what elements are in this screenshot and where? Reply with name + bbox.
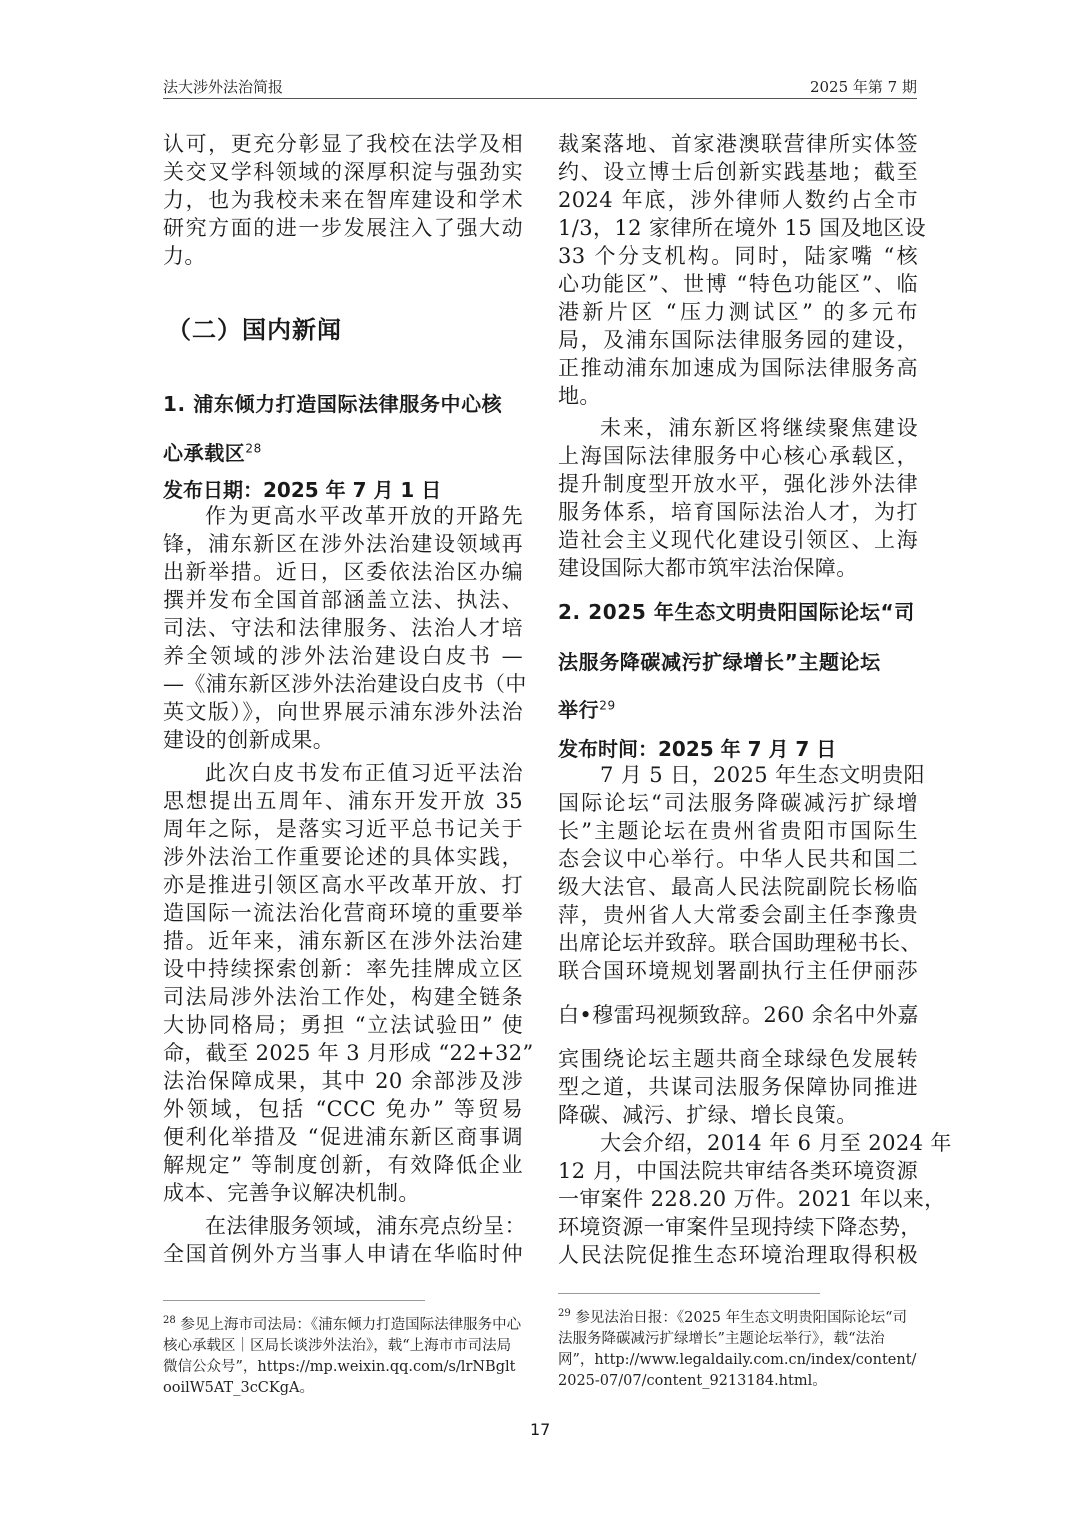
text-line: 大会介绍，2014 年 6 月至 2024 年 bbox=[558, 1129, 918, 1157]
text-line: 萍，贵州省人大常委会副主任李豫贵 bbox=[558, 901, 918, 929]
text-line: 养全领域的涉外法治建设白皮书 — bbox=[163, 642, 523, 670]
text-line: 降碳、减污、扩绿、增长良策。 bbox=[558, 1101, 918, 1129]
text-line: 局，及浦东国际法律服务园的建设， bbox=[558, 326, 918, 354]
text-line: 解规定” 等制度创新，有效降低企业 bbox=[163, 1151, 523, 1179]
article-title: 心承载区28 bbox=[163, 437, 523, 466]
text-line: 33 个分支机构。同时，陆家嘴 “核 bbox=[558, 242, 918, 270]
text-line: 周年之际，是落实习近平总书记关于 bbox=[163, 815, 523, 843]
text-line: 设中持续探索创新：率先挂牌成立区 bbox=[163, 955, 523, 983]
text-line: 亦是推进引领区高水平改革开放、打 bbox=[163, 871, 523, 899]
text-line: 造社会主义现代化建设引领区、上海 bbox=[558, 526, 918, 554]
text-line: 心功能区”、世博 “特色功能区”、临 bbox=[558, 270, 918, 298]
text-line: 地。 bbox=[558, 382, 918, 410]
text-line: 撰并发布全国首部涵盖立法、执法、 bbox=[163, 586, 523, 614]
text-line: 12 月，中国法院共审结各类环境资源 bbox=[558, 1157, 918, 1185]
text-line: 宾围绕论坛主题共商全球绿色发展转 bbox=[558, 1045, 918, 1073]
footnote: 28 参见上海市司法局：《浦东倾力打造国际法律服务中心核心承载区｜区局长谈涉外法… bbox=[163, 1310, 523, 1399]
footnote-number: 29 bbox=[558, 1308, 571, 1319]
article-title-line: 2. 2025 年生态文明贵阳国际论坛“司 bbox=[558, 600, 915, 624]
article-title-line: 法服务降碳减污扩绿增长”主题论坛 bbox=[558, 650, 881, 674]
text-line: 英文版）》，向世界展示浦东涉外法治 bbox=[163, 698, 523, 726]
text-line: 建设国际大都市筑牢法治保障。 bbox=[558, 554, 918, 582]
text-line: 便利化举措及 “促进浦东新区商事调 bbox=[163, 1123, 523, 1151]
text-line: 全国首例外方当事人申请在华临时仲 bbox=[163, 1240, 523, 1268]
text-line: 思想提出五周年、浦东开发开放 35 bbox=[163, 787, 523, 815]
text-line: 环境资源一审案件呈现持续下降态势， bbox=[558, 1213, 918, 1241]
text-line: 态会议中心举行。中华人民共和国二 bbox=[558, 845, 918, 873]
footnote-divider bbox=[163, 1300, 425, 1301]
text-line: 力。 bbox=[163, 242, 523, 270]
text-line: 白•穆雷玛视频致辞。260 余名中外嘉 bbox=[558, 1001, 918, 1029]
footnote-text: 参见法治日报：《2025 年生态文明贵阳国际论坛“司法服务降碳减污扩绿增长”主题… bbox=[558, 1310, 916, 1389]
text-line: 上海国际法律服务中心核心承载区， bbox=[558, 442, 918, 470]
article-title-line: 举行 bbox=[558, 698, 599, 722]
text-line: 建设的创新成果。 bbox=[163, 726, 523, 754]
issue-number: 2025 年第 7 期 bbox=[810, 76, 917, 97]
text-line: 关交叉学科领域的深厚积淀与强劲实 bbox=[163, 158, 523, 186]
article-title: 法服务降碳减污扩绿增长”主题论坛 bbox=[558, 646, 918, 675]
text-line: 锋，浦东新区在涉外法治建设领域再 bbox=[163, 530, 523, 558]
text-line: 司法局涉外法治工作处，构建全链条 bbox=[163, 983, 523, 1011]
text-line: 正推动浦东加速成为国际法律服务高 bbox=[558, 354, 918, 382]
text-line: 此次白皮书发布正值习近平法治 bbox=[163, 759, 523, 787]
text-line: 一审案件 228.20 万件。2021 年以来， bbox=[558, 1185, 918, 1213]
text-line: 出新举措。近日，区委依法治区办编 bbox=[163, 558, 523, 586]
text-line: 约、设立博士后创新实践基地；截至 bbox=[558, 158, 918, 186]
article-title-line: 心承载区 bbox=[163, 441, 245, 465]
text-line: 提升制度型开放水平，强化涉外法律 bbox=[558, 470, 918, 498]
text-line: 措。近年来，浦东新区在涉外法治建 bbox=[163, 927, 523, 955]
text-line: 成本、完善争议解决机制。 bbox=[163, 1179, 523, 1207]
article-title-line: 1. 浦东倾力打造国际法律服务中心核 bbox=[163, 392, 502, 416]
footnote-ref[interactable]: 28 bbox=[245, 441, 261, 455]
footnote: 29 参见法治日报：《2025 年生态文明贵阳国际论坛“司法服务降碳减污扩绿增长… bbox=[558, 1303, 918, 1392]
publish-date: 发布时间：2025 年 7 月 7 日 bbox=[558, 733, 836, 762]
text-line: 出席论坛并致辞。联合国助理秘书长、 bbox=[558, 929, 918, 957]
text-line: 联合国环境规划署副执行主任伊丽莎 bbox=[558, 957, 918, 985]
text-line: 作为更高水平改革开放的开路先 bbox=[163, 502, 523, 530]
text-line: —《浦东新区涉外法治建设白皮书（中 bbox=[163, 670, 523, 698]
text-line: 国际论坛“司法服务降碳减污扩绿增 bbox=[558, 789, 918, 817]
text-line: 裁案落地、首家港澳联营律所实体签 bbox=[558, 130, 918, 158]
text-line: 未来，浦东新区将继续聚焦建设 bbox=[558, 414, 918, 442]
text-line: 研究方面的进一步发展注入了强大动 bbox=[163, 214, 523, 242]
text-line: 型之道，共谋司法服务保障协同推进 bbox=[558, 1073, 918, 1101]
text-line: 7 月 5 日，2025 年生态文明贵阳 bbox=[558, 761, 918, 789]
text-line: 人民法院促推生态环境治理取得积极 bbox=[558, 1241, 918, 1269]
section-title: （二）国内新闻 bbox=[167, 310, 342, 345]
text-line: 港新片区 “压力测试区” 的多元布 bbox=[558, 298, 918, 326]
text-line: 法治保障成果，其中 20 余部涉及涉 bbox=[163, 1067, 523, 1095]
page-number: 17 bbox=[530, 1420, 550, 1439]
footnote-text: 参见上海市司法局：《浦东倾力打造国际法律服务中心核心承载区｜区局长谈涉外法治》，… bbox=[163, 1317, 521, 1396]
text-line: 外领域，包括 “CCC 免办” 等贸易 bbox=[163, 1095, 523, 1123]
text-line: 认可，更充分彰显了我校在法学及相 bbox=[163, 130, 523, 158]
text-line: 大协同格局；勇担 “立法试验田” 使 bbox=[163, 1011, 523, 1039]
text-line: 级大法官、最高人民法院副院长杨临 bbox=[558, 873, 918, 901]
text-line: 涉外法治工作重要论述的具体实践， bbox=[163, 843, 523, 871]
text-line: 命，截至 2025 年 3 月形成 “22+32” bbox=[163, 1039, 523, 1067]
text-line: 服务体系，培育国际法治人才，为打 bbox=[558, 498, 918, 526]
text-line: 1/3，12 家律所在境外 15 国及地区设 bbox=[558, 214, 918, 242]
publication-title: 法大涉外法治简报 bbox=[163, 76, 283, 97]
publish-date: 发布日期：2025 年 7 月 1 日 bbox=[163, 474, 441, 503]
text-line: 在法律服务领域，浦东亮点纷呈： bbox=[163, 1212, 523, 1240]
text-line: 司法、守法和法律服务、法治人才培 bbox=[163, 614, 523, 642]
text-line: 造国际一流法治化营商环境的重要举 bbox=[163, 899, 523, 927]
footnote-divider bbox=[558, 1293, 820, 1294]
article-title: 2. 2025 年生态文明贵阳国际论坛“司 bbox=[558, 596, 918, 625]
running-header: 法大涉外法治简报 2025 年第 7 期 bbox=[163, 76, 917, 99]
text-line: 长”主题论坛在贵州省贵阳市国际生 bbox=[558, 817, 918, 845]
article-title: 举行29 bbox=[558, 694, 918, 723]
footnote-number: 28 bbox=[163, 1315, 176, 1326]
footnote-ref[interactable]: 29 bbox=[599, 698, 615, 712]
text-line: 力，也为我校未来在智库建设和学术 bbox=[163, 186, 523, 214]
article-title: 1. 浦东倾力打造国际法律服务中心核 bbox=[163, 388, 523, 417]
text-line: 2024 年底，涉外律师人数约占全市 bbox=[558, 186, 918, 214]
